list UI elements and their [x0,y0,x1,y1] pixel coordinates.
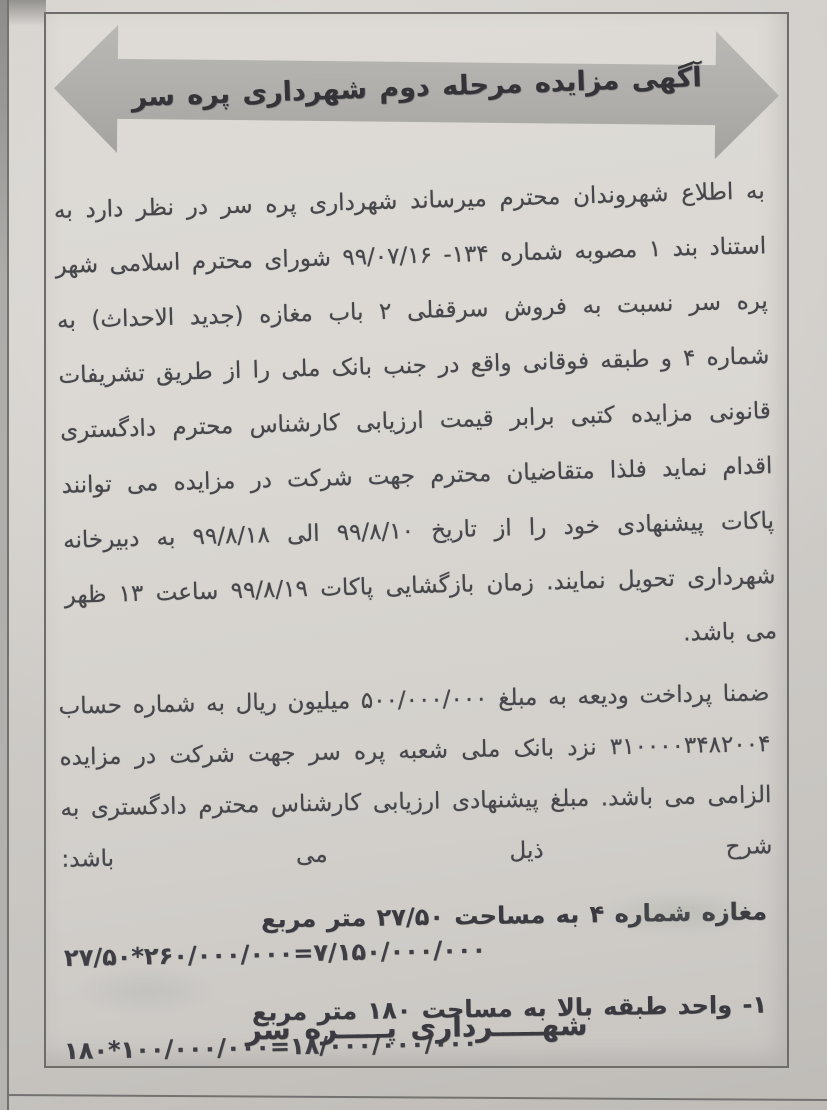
outer-border-left [7,0,9,1110]
document-frame: آگهی مزایده مرحله دوم شهرداری پره سر به … [44,12,789,1068]
body-paragraph-1: به اطلاع شهروندان محترم میرساند شهرداری … [53,164,778,679]
auction-item-1: مغازه شماره ۴ به مساحت ۲۷/۵۰ متر مربع ۲۷… [60,903,771,972]
body-paragraph-2: ضمنا پرداخت ودیعه به مبلغ ۵۰۰/۰۰۰/۰۰۰ می… [58,668,773,886]
page-edge-strip [0,0,7,1110]
scanned-document-page: آگهی مزایده مرحله دوم شهرداری پره سر به … [0,0,827,1110]
item-1-calculation: ۲۷/۵۰*۲۶۰/۰۰۰/۰۰۰=۷/۱۵۰/۰۰۰/۰۰۰ [64,929,771,972]
outer-border-bottom [8,1094,827,1101]
title-banner: آگهی مزایده مرحله دوم شهرداری پره سر [54,20,779,162]
announcement-body: به اطلاع شهروندان محترم میرساند شهرداری … [60,164,771,1065]
